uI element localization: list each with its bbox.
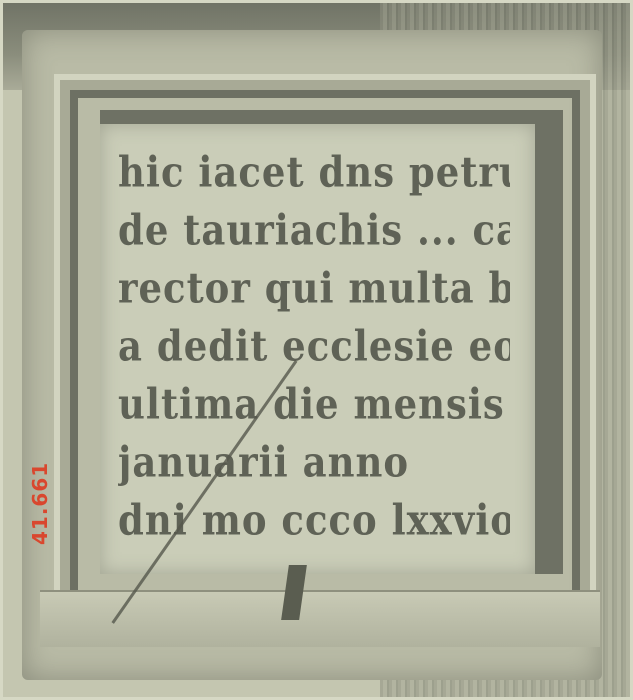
inscription-line-6: januarii anno	[118, 428, 510, 495]
inscription-line-2: de tauriachis ... cantie	[118, 196, 510, 263]
photograph: hic iacet dns petrus de tauriachis ... c…	[0, 0, 633, 700]
inscription-line-4: a dedit ecclesie eodem obiit	[118, 312, 510, 379]
catalog-number: 41.661	[28, 462, 52, 545]
inscription-line-5: ultima die mensis	[118, 370, 510, 437]
inscription-line-1: hic iacet dns petrus	[118, 138, 510, 205]
inscription-line-3: rector qui multa bon	[118, 254, 510, 321]
stone-base-ledge	[40, 590, 600, 647]
inscription-line-7: dni mo ccco lxxvio	[118, 486, 510, 553]
inscription-text: hic iacet dns petrus de tauriachis ... c…	[118, 138, 510, 544]
